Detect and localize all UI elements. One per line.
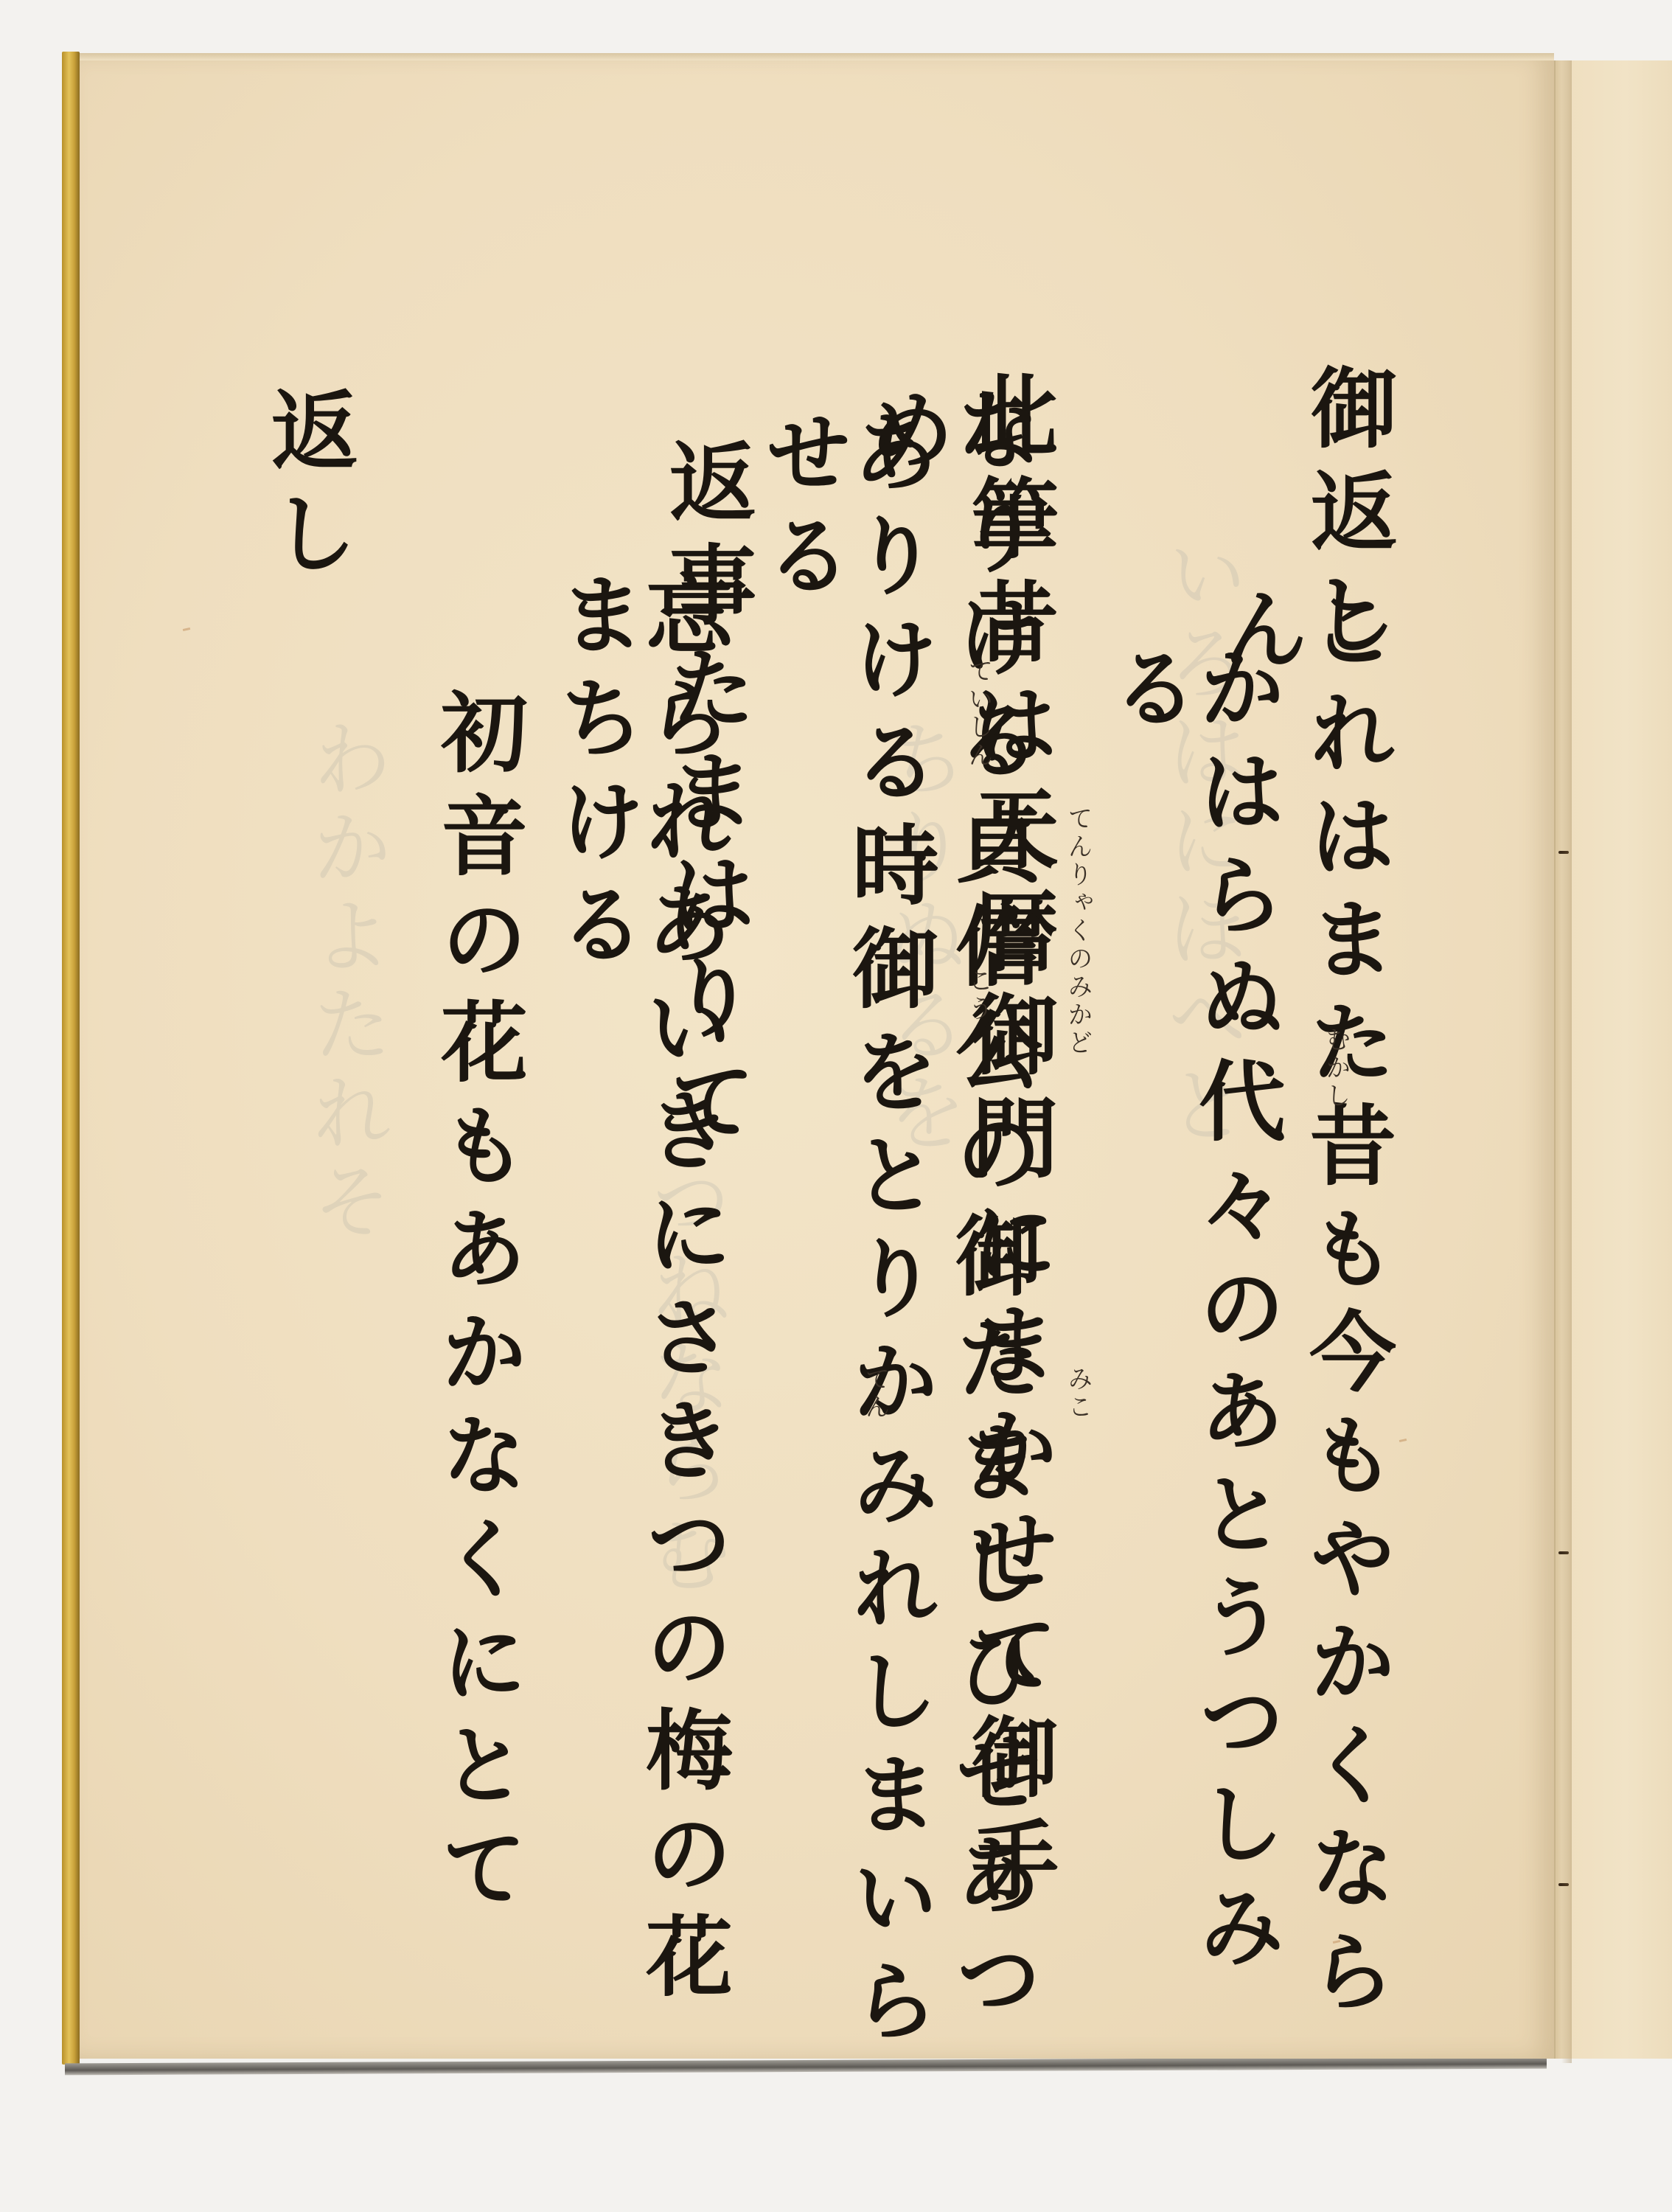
furigana: むかし bbox=[1318, 1026, 1354, 1110]
cover-bottom-edge bbox=[65, 2057, 1547, 2076]
page-fold-shadow bbox=[1561, 60, 1572, 2063]
column-prose-line-3: ありける時御をとりかみれしまいらせる bbox=[758, 407, 932, 2059]
gilt-cover-edge bbox=[62, 52, 80, 2065]
furigana: こう bbox=[961, 967, 997, 1023]
furigana: みこ bbox=[1060, 1366, 1096, 1422]
column-poem-line-2: かはらぬ代々のあとうつしみる bbox=[1104, 643, 1278, 2059]
manuscript-page: いろはにほへと ちりぬるを わかよたれそ つねならむ 御返し これはまた昔も今も… bbox=[80, 53, 1554, 2059]
furigana: てん bbox=[857, 1366, 894, 1422]
furigana: てんりゃくのみかど bbox=[1060, 805, 1096, 1057]
column-heading-kaeshi: 返し bbox=[264, 385, 351, 591]
paper-speck bbox=[1399, 1439, 1407, 1442]
paper-speck bbox=[183, 627, 190, 631]
column-poem-line-4: 初音の花もあかなくにとて bbox=[433, 687, 520, 1926]
book: いろはにほへと ちりぬるを わかよたれそ つねならむ 御返し これはまた昔も今も… bbox=[62, 47, 1672, 2149]
bleed-through-text: わかよたれそ bbox=[301, 717, 390, 1248]
column-poem-line-3: 忘られあいきにさきつの梅の花まちける bbox=[551, 569, 725, 2059]
facing-page bbox=[1554, 60, 1672, 2059]
page-top-edge bbox=[80, 53, 1554, 60]
furigana: ていしん bbox=[961, 658, 997, 770]
